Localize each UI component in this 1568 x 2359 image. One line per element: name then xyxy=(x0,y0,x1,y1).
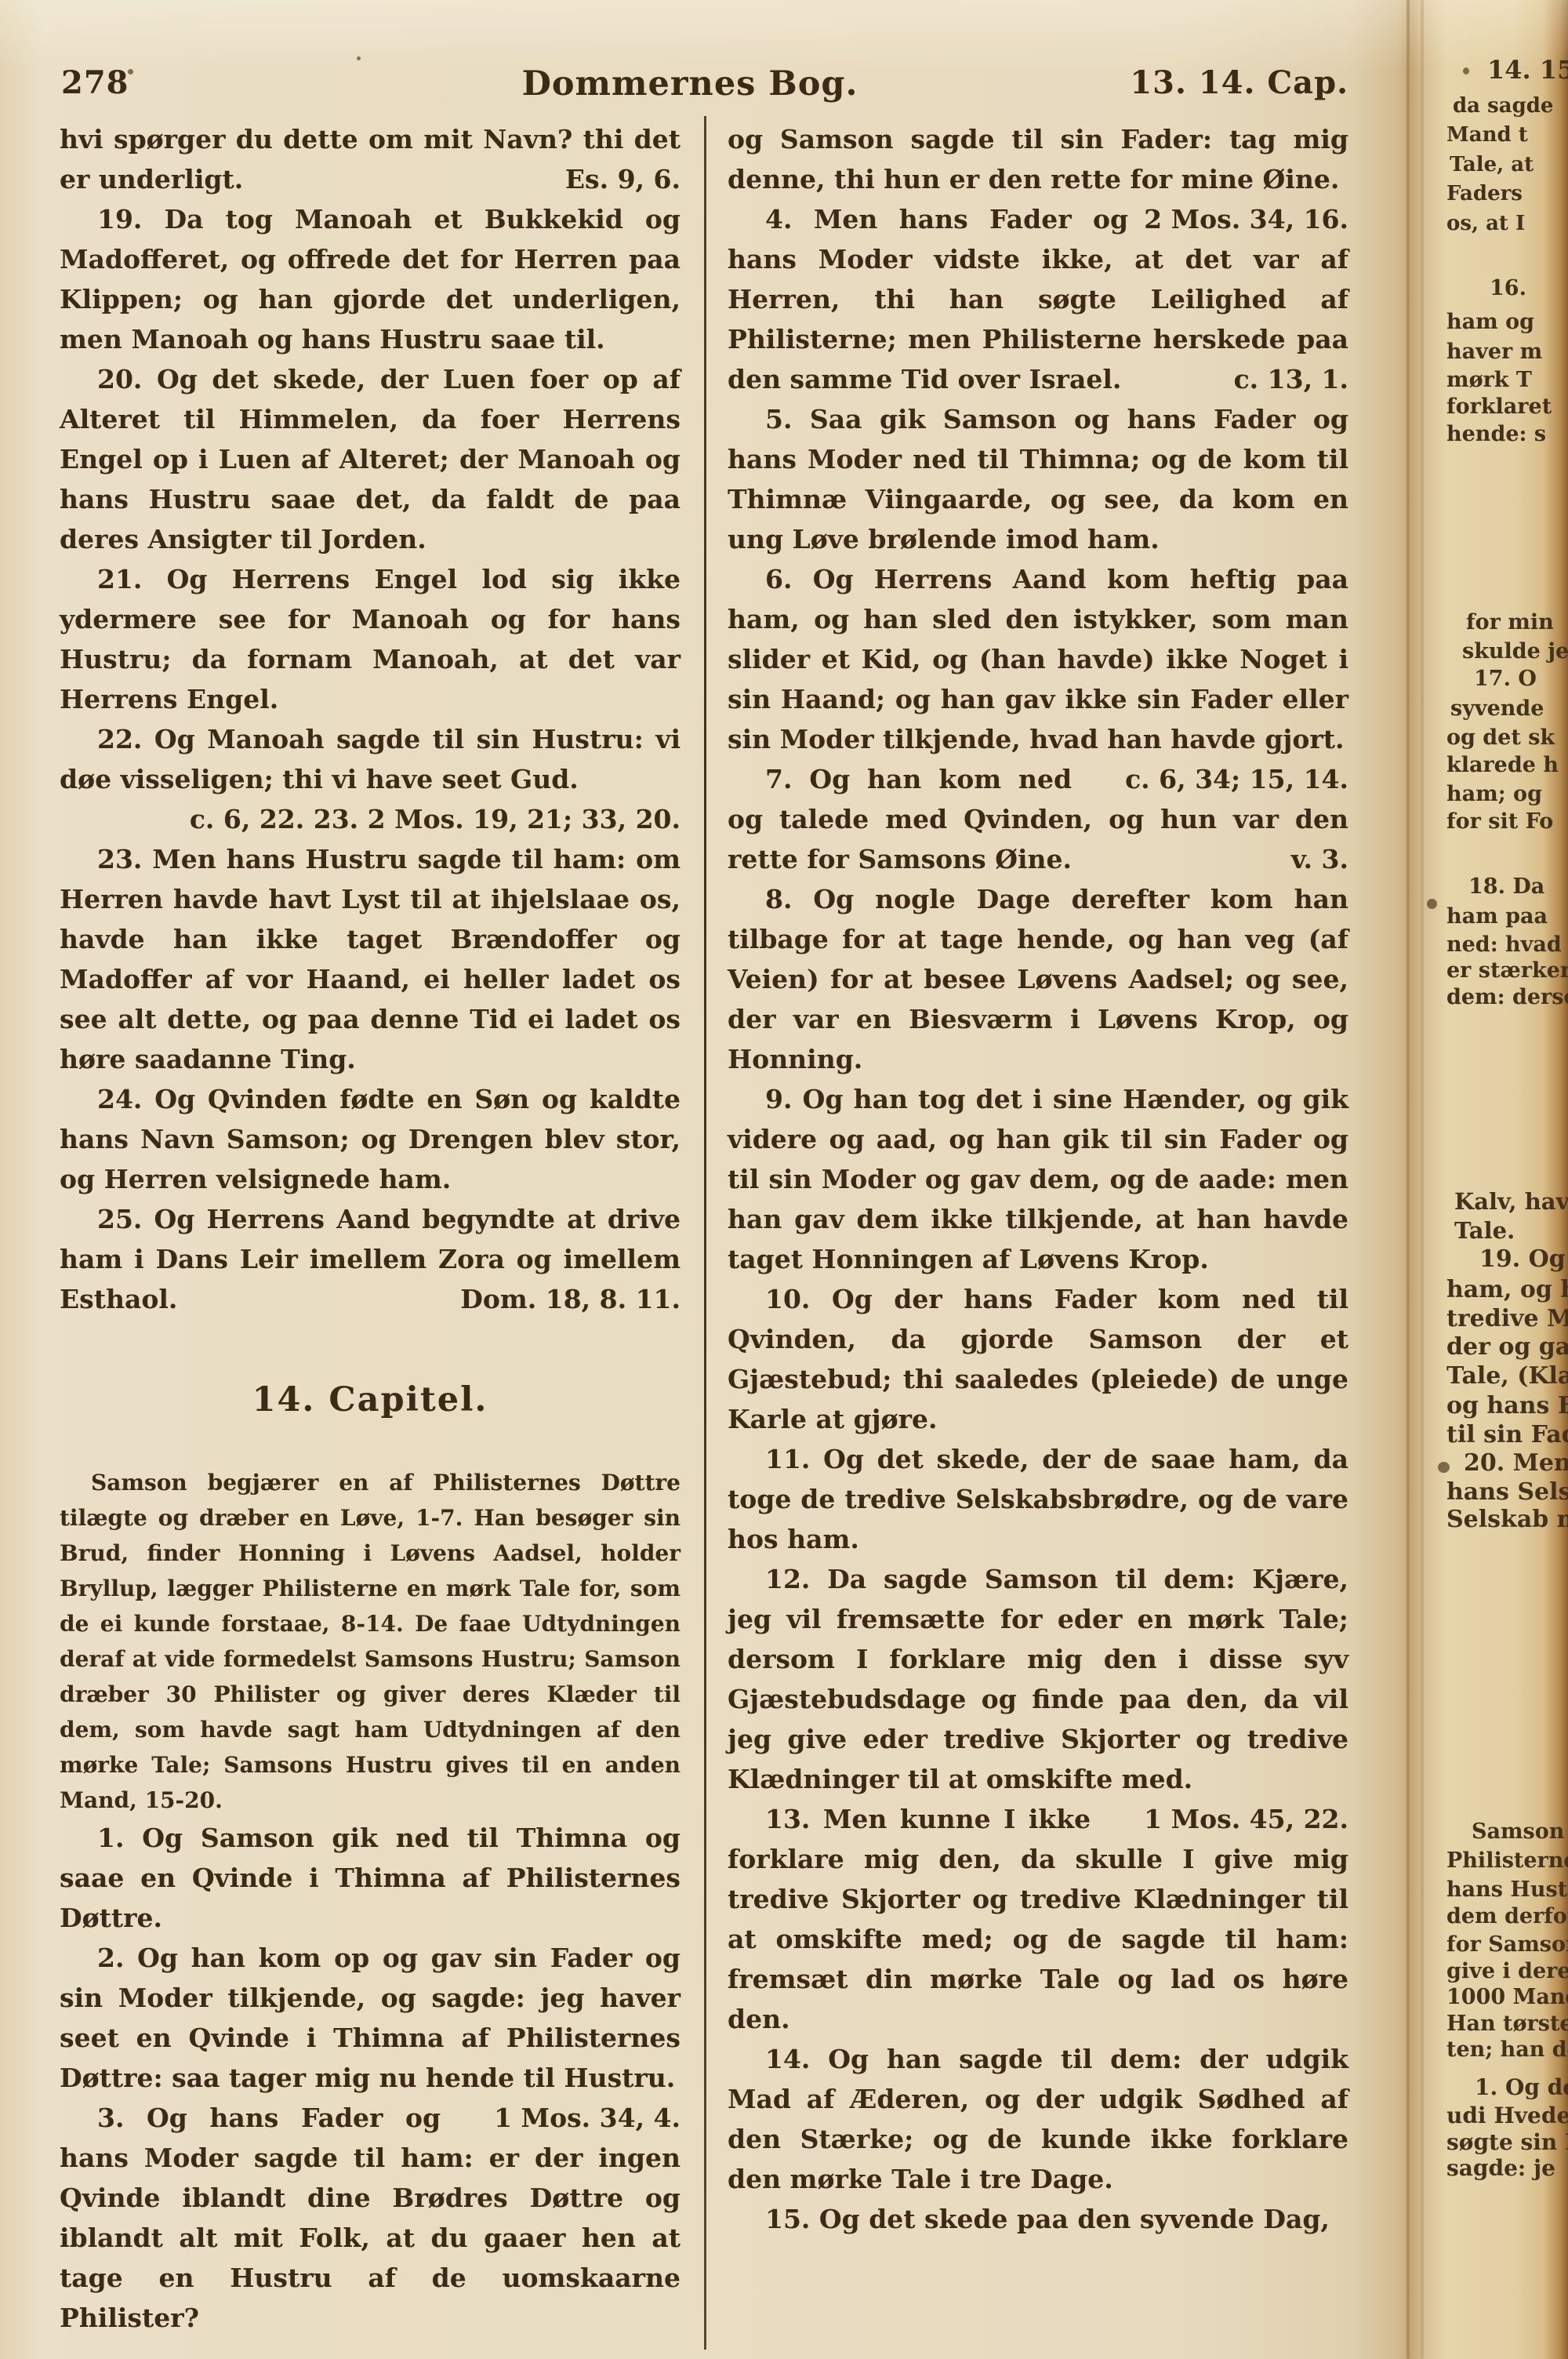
text-fragment: hans Selsk xyxy=(1446,1478,1568,1506)
text-fragment: 20. Men xyxy=(1464,1449,1568,1477)
text-fragment: forklaret xyxy=(1446,394,1552,419)
text-fragment: da sagde xyxy=(1453,94,1553,118)
text-fragment: for min xyxy=(1466,610,1554,634)
book-page-scan: 278 Dommernes Bog. 13. 14. Cap. hvi spør… xyxy=(0,0,1568,2359)
verse-reference: c. 6, 22. 23. 2 Mos. 19, 21; 33, 20. xyxy=(136,799,681,839)
text-fragment: haver m xyxy=(1446,340,1542,364)
text-fragment: dem: derso xyxy=(1446,985,1568,1009)
text-fragment: Samson he xyxy=(1472,1819,1568,1844)
text-fragment: Mand t xyxy=(1446,123,1528,147)
text-fragment: til sin Fade xyxy=(1446,1421,1568,1448)
ink-speck xyxy=(1463,67,1469,75)
text-fragment: der og gav xyxy=(1446,1333,1568,1361)
text-fragment: os, at I xyxy=(1446,212,1525,235)
text-fragment: hende: s xyxy=(1446,422,1546,446)
text-fragment: Tale, at xyxy=(1450,153,1534,176)
text-fragment: ham paa xyxy=(1446,904,1548,929)
chapter-summary: Samson begjærer en af Philisternes Døttr… xyxy=(60,1465,681,1818)
verse-continuation-text: og Samson sagde til sin Fader: tag mig d… xyxy=(728,119,1348,199)
ink-speck xyxy=(1427,899,1437,909)
text-fragment: hans Hustru xyxy=(1446,1877,1568,1902)
text-fragment: 1000 Mand a xyxy=(1446,1985,1568,2009)
text-fragment: Faders xyxy=(1446,182,1523,205)
running-header-title: Dommernes Bog. xyxy=(522,64,858,104)
adjacent-page-fragments: 14. 15.da sagdeMand tTale, atFadersos, a… xyxy=(1443,0,1568,2359)
verse-text: 6. Og Herrens Aand kom heftig paa ham, o… xyxy=(728,559,1348,759)
text-fragment: ned: hvad xyxy=(1446,932,1562,957)
text-fragment: ten; han døm xyxy=(1446,2037,1568,2062)
text-fragment: udi Hvedeh xyxy=(1446,2103,1568,2128)
verse-reference: Dom. 18, 8. 11. xyxy=(407,1279,681,1319)
text-fragment: give i deres H xyxy=(1446,1959,1568,1983)
text-fragment: mørk T xyxy=(1446,368,1532,392)
ink-speck xyxy=(357,56,361,60)
verse-text: 23. Men hans Hustru sagde til ham: om He… xyxy=(60,799,681,1079)
verse-text: 25. Og Herrens Aand begyndte at drive ha… xyxy=(60,1199,681,1319)
text-fragment: Kalv, havd xyxy=(1454,1188,1568,1215)
text-fragment: klarede h xyxy=(1446,753,1559,777)
text-fragment: for sit Fo xyxy=(1446,809,1553,834)
verse-text: 8. Og nogle Dage derefter kom han tilbag… xyxy=(728,879,1348,1079)
verse-text: 12. Da sagde Samson til dem: Kjære, jeg … xyxy=(728,1559,1348,1799)
text-fragment: 16. xyxy=(1490,276,1526,300)
verse-reference: c. 13, 1. xyxy=(1181,359,1348,399)
verse-text: 14. Og han sagde til dem: der udgik Mad … xyxy=(728,2039,1348,2199)
left-column-verses: hvi spørger du dette om mit Navn? thi de… xyxy=(60,119,681,1319)
verse-text: 22. Og Manoah sagde til sin Hustru: vi d… xyxy=(60,719,681,799)
verse-reference: v. 3. xyxy=(1238,839,1348,879)
verse-text: 10. Og der hans Fader kom ned til Qvinde… xyxy=(728,1279,1348,1439)
verse-text: 15. Og det skede paa den syvende Dag, xyxy=(728,2199,1348,2239)
ink-speck xyxy=(1438,1462,1450,1473)
text-fragment: søgte sin Hu xyxy=(1446,2129,1568,2155)
text-fragment: 18. Da xyxy=(1468,874,1544,899)
running-header-chapter-label: 13. 14. Cap. xyxy=(1129,64,1348,101)
verse-text: 9. Og han tog det i sine Hænder, og gik … xyxy=(728,1079,1348,1279)
verse-reference: 1 Mos. 45, 22. xyxy=(1091,1799,1348,1839)
text-fragment: Selskab med xyxy=(1446,1506,1568,1533)
text-fragment: og det sk xyxy=(1446,725,1555,750)
page-number: 278 xyxy=(61,64,129,101)
text-fragment: ham, og h xyxy=(1446,1276,1568,1303)
verse-reference: Es. 9, 6. xyxy=(550,159,681,199)
text-fragment: for Samsons xyxy=(1446,1932,1568,1957)
text-fragment: syvende xyxy=(1450,696,1544,721)
text-fragment: og hans B xyxy=(1446,1392,1568,1419)
page-gutter-crease xyxy=(1421,0,1424,2359)
text-fragment: Tale. xyxy=(1454,1217,1515,1244)
left-text-column: hvi spørger du dette om mit Navn? thi de… xyxy=(60,119,681,2338)
text-fragment: ham og xyxy=(1446,310,1534,334)
text-fragment: Han tørster, xyxy=(1446,2012,1568,2036)
text-fragment: tredive Mæ xyxy=(1446,1305,1568,1332)
text-fragment: Tale, (Klæd xyxy=(1446,1362,1568,1390)
left-column-verses-ch14: 1. Og Samson gik ned til Thimna og saae … xyxy=(60,1818,681,2338)
adjacent-page-header-fragment: 14. 15. xyxy=(1487,55,1568,85)
text-fragment: Philisterne m xyxy=(1446,1848,1568,1873)
verse-reference: 1 Mos. 34, 4. xyxy=(441,2098,681,2138)
verse-continuation-text: hvi spørger du dette om mit Navn? thi de… xyxy=(60,119,681,199)
text-fragment: 19. Og xyxy=(1479,1245,1566,1273)
verse-text: 1. Og Samson gik ned til Thimna og saae … xyxy=(60,1818,681,1938)
right-column-verses: og Samson sagde til sin Fader: tag mig d… xyxy=(728,119,1348,2239)
ink-speck xyxy=(128,69,133,75)
text-fragment: er stærkere xyxy=(1446,958,1568,983)
verse-text: 5. Saa gik Samson og hans Fader og hans … xyxy=(728,399,1348,559)
verse-text: 24. Og Qvinden fødte en Søn og kaldte ha… xyxy=(60,1079,681,1199)
text-fragment: ham; og xyxy=(1446,782,1542,806)
verse-text: 21. Og Herrens Engel lod sig ikke yderme… xyxy=(60,559,681,719)
text-fragment: 17. O xyxy=(1474,667,1537,691)
page-gutter-crease xyxy=(1406,0,1410,2359)
text-fragment: skulde je xyxy=(1462,639,1568,663)
verse-text: 11. Og det skede, der de saae ham, da to… xyxy=(728,1439,1348,1559)
right-text-column: og Samson sagde til sin Fader: tag mig d… xyxy=(728,119,1348,2239)
column-divider xyxy=(704,116,706,2350)
verse-text: 20. Og det skede, der Luen foer op af Al… xyxy=(60,359,681,559)
verse-text: 19. Da tog Manoah et Bukkekid og Madoffe… xyxy=(60,199,681,359)
text-fragment: sagde: je xyxy=(1446,2155,1555,2181)
text-fragment: 1. Og de xyxy=(1475,2074,1568,2100)
verse-text: 2. Og han kom op og gav sin Fader og sin… xyxy=(60,1938,681,2098)
verse-reference: c. 6, 34; 15, 14. xyxy=(1072,759,1348,799)
text-fragment: dem derfor, 1= xyxy=(1446,1904,1568,1928)
chapter-heading: 14. Capitel. xyxy=(60,1380,681,1419)
verse-reference: 2 Mos. 34, 16. xyxy=(1128,199,1348,239)
